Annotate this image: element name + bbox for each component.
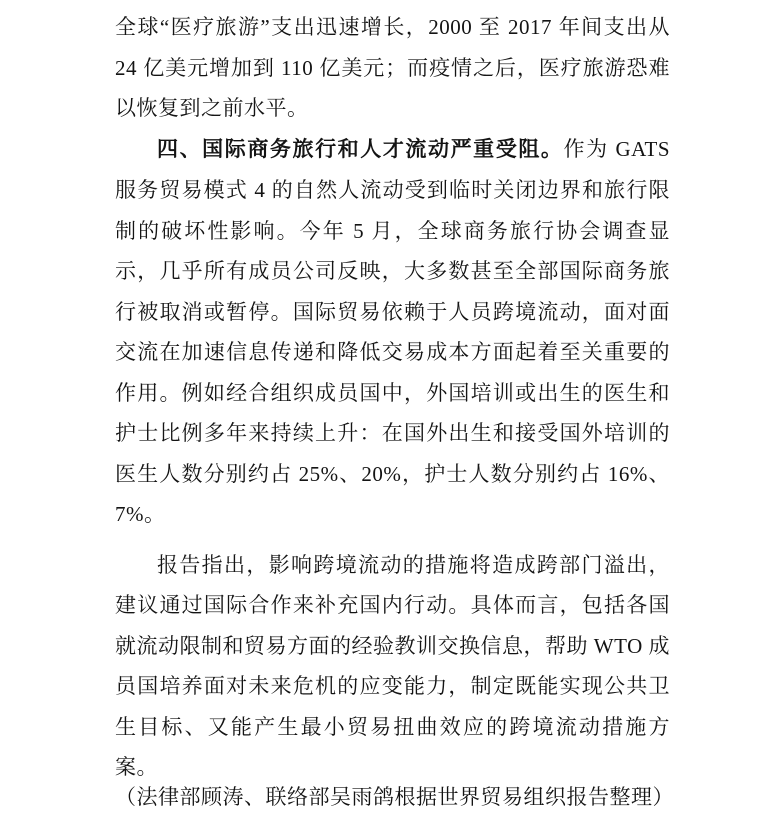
document-page: 全球“医疗旅游”支出迅速增长，2000 至 2017 年间支出从 24 亿美元增… [0, 0, 782, 840]
paragraph-text: 作为 GATS 服务贸易模式 4 的自然人流动受到临时关闭边界和旅行限制的破坏性… [115, 137, 670, 527]
paragraph-report-recommendation: 报告指出，影响跨境流动的措施将造成跨部门溢出，建议通过国际合作来补充国内行动。具… [0, 545, 782, 788]
paragraph-text: 报告指出，影响跨境流动的措施将造成跨部门溢出，建议通过国际合作来补充国内行动。具… [115, 553, 670, 780]
paragraph-medical-tourism: 全球“医疗旅游”支出迅速增长，2000 至 2017 年间支出从 24 亿美元增… [0, 7, 782, 129]
paragraph-text: 全球“医疗旅游”支出迅速增长，2000 至 2017 年间支出从 24 亿美元增… [115, 15, 670, 120]
paragraph-section-four: 四、国际商务旅行和人才流动严重受阻。作为 GATS 服务贸易模式 4 的自然人流… [0, 129, 782, 535]
attribution-line: （法律部顾涛、联络部吴雨鸽根据世界贸易组织报告整理） [0, 785, 782, 809]
section-four-heading: 四、国际商务旅行和人才流动严重受阻。 [157, 138, 564, 161]
